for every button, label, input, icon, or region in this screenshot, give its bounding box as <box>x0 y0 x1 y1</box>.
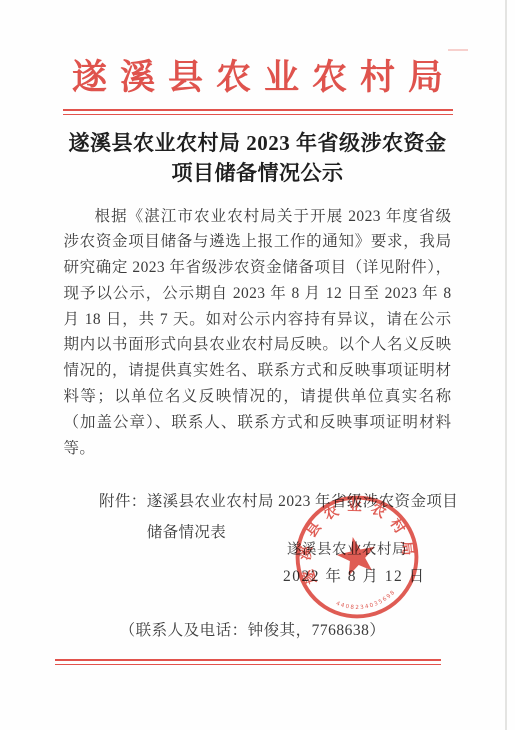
scan-page-edge <box>505 0 507 730</box>
svg-text:4408234035698: 4408234035698 <box>334 588 399 616</box>
letterhead-title: 遂溪县农业农村局 <box>0 0 515 100</box>
official-seal-stamp-icon: 遂溪县农业农村局 4408234035698 <box>280 480 434 634</box>
scan-artifact-mark <box>448 49 468 51</box>
seal-star-icon <box>334 533 380 577</box>
announcement-body: 根据《湛江市农业农村局关于开展 2023 年度省级涉农资金项目储备与遴选上报工作… <box>64 204 452 462</box>
contact-line: （联系人及电话：钟俊其，7768638） <box>0 618 505 640</box>
seal-code: 4408234035698 <box>334 588 399 616</box>
document-title-line1: 遂溪县农业农村局 2023 年省级涉农资金 <box>48 128 468 158</box>
document-title: 遂溪县农业农村局 2023 年省级涉农资金 项目储备情况公示 <box>48 128 468 188</box>
letterhead-divider <box>63 109 453 115</box>
document-title-line2: 项目储备情况公示 <box>48 158 468 188</box>
footer-divider <box>55 659 441 665</box>
attachment-label: 附件： <box>99 486 147 548</box>
scanned-document-page: 遂溪县农业农村局 遂溪县农业农村局 2023 年省级涉农资金 项目储备情况公示 … <box>0 0 515 730</box>
